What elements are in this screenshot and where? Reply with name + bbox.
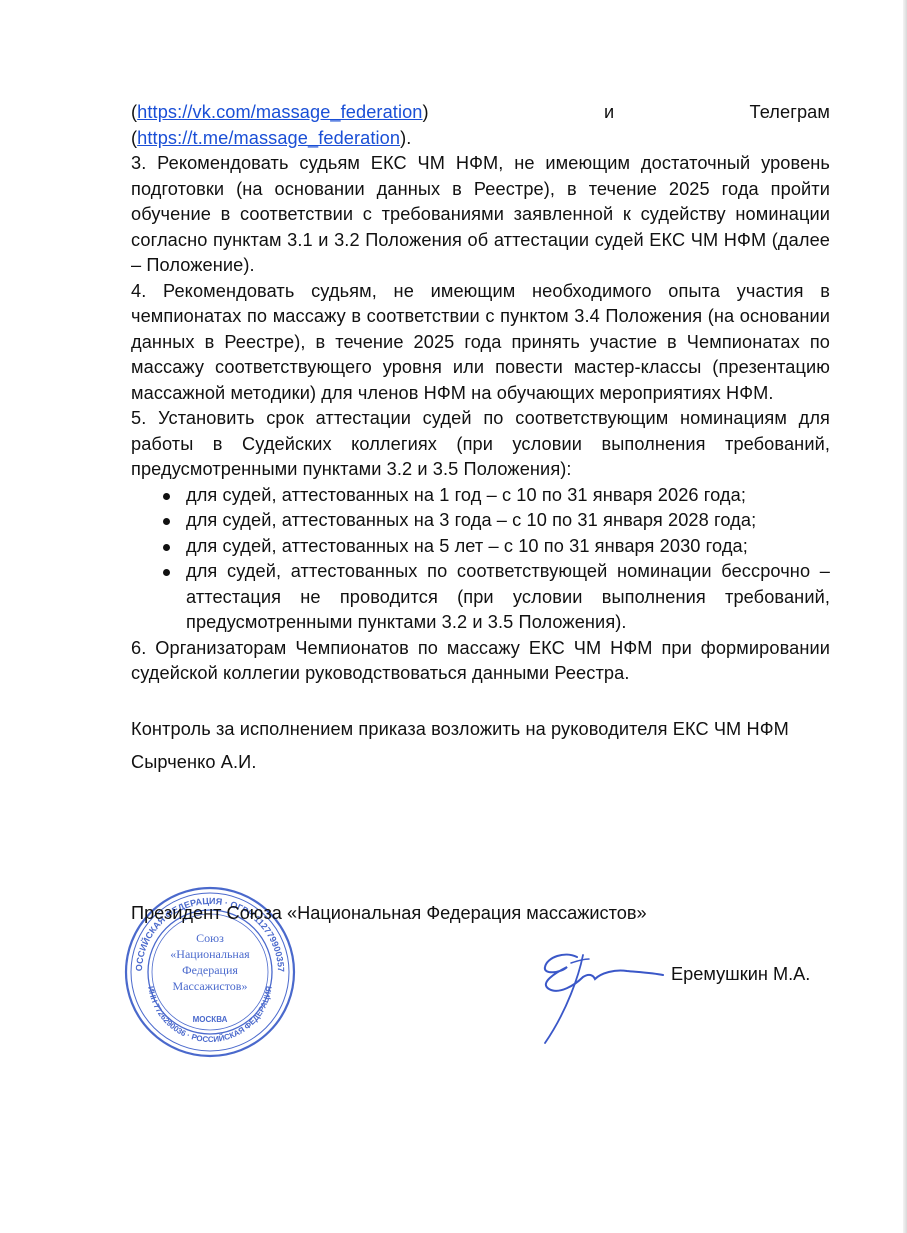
signature-icon — [505, 915, 675, 1055]
list-item: для судей, аттестованных на 5 лет – с 10… — [131, 534, 830, 560]
list-item-text: для судей, аттестованных на 5 лет – с 10… — [186, 536, 748, 556]
president-title: Президент Союза «Национальная Федерация … — [131, 903, 647, 924]
page-edge — [903, 0, 907, 1233]
bullet-icon — [163, 569, 170, 576]
telegram-link[interactable]: https://t.me/massage_federation — [137, 128, 400, 148]
item-6: 6. Организаторам Чемпионатов по массажу … — [131, 636, 830, 687]
telegram-word: Телеграм — [750, 100, 831, 126]
control-line-1: Контроль за исполнением приказа возложит… — [131, 713, 830, 746]
svg-text:«Национальная: «Национальная — [170, 947, 250, 961]
document-body: (https://vk.com/massage_federation) и Те… — [131, 100, 830, 779]
signer-name: Еремушкин М.А. — [671, 964, 810, 985]
intro-line-1: (https://vk.com/massage_federation) и Те… — [131, 100, 830, 126]
bullet-icon — [163, 544, 170, 551]
item-4: 4. Рекомендовать судьям, не имеющим необ… — [131, 279, 830, 407]
and-word: и — [604, 100, 614, 126]
bullet-icon — [163, 518, 170, 525]
attestation-deadlines-list: для судей, аттестованных на 1 год – с 10… — [131, 483, 830, 636]
item-3: 3. Рекомендовать судьям ЕКС ЧМ НФМ, не и… — [131, 151, 830, 279]
list-item: для судей, аттестованных на 3 года – с 1… — [131, 508, 830, 534]
item-5: 5. Установить срок аттестации судей по с… — [131, 406, 830, 483]
list-item-text: для судей, аттестованных по соответствую… — [186, 561, 830, 632]
vk-reference: (https://vk.com/massage_federation) — [131, 100, 429, 126]
stamp-icon: РОССИЙСКАЯ ФЕДЕРАЦИЯ · ОГРН 112779900357… — [120, 882, 300, 1062]
svg-text:Федерация: Федерация — [182, 963, 238, 977]
stamp-text: Союз — [196, 931, 224, 945]
control-line-2: Сырченко А.И. — [131, 746, 830, 779]
bullet-icon — [163, 493, 170, 500]
paren: ). — [400, 128, 411, 148]
svg-text:РОССИЙСКАЯ ФЕДЕРАЦИЯ · ОГРН 11: РОССИЙСКАЯ ФЕДЕРАЦИЯ · ОГРН 112779900357… — [120, 882, 286, 972]
spacer — [131, 687, 830, 713]
list-item: для судей, аттестованных на 1 год – с 10… — [131, 483, 830, 509]
intro-line-2: (https://t.me/massage_federation). — [131, 126, 830, 152]
svg-text:МОСКВА: МОСКВА — [193, 1015, 228, 1024]
paren: ) — [423, 102, 429, 122]
list-item: для судей, аттестованных по соответствую… — [131, 559, 830, 636]
list-item-text: для судей, аттестованных на 1 год – с 10… — [186, 485, 746, 505]
vk-link[interactable]: https://vk.com/massage_federation — [137, 102, 422, 122]
svg-text:ИНН 7726290036 · РОССИЙСКАЯ ФЕ: ИНН 7726290036 · РОССИЙСКАЯ ФЕДЕРАЦИЯ — [146, 985, 273, 1044]
list-item-text: для судей, аттестованных на 3 года – с 1… — [186, 510, 756, 530]
svg-text:Массажистов»: Массажистов» — [173, 979, 248, 993]
